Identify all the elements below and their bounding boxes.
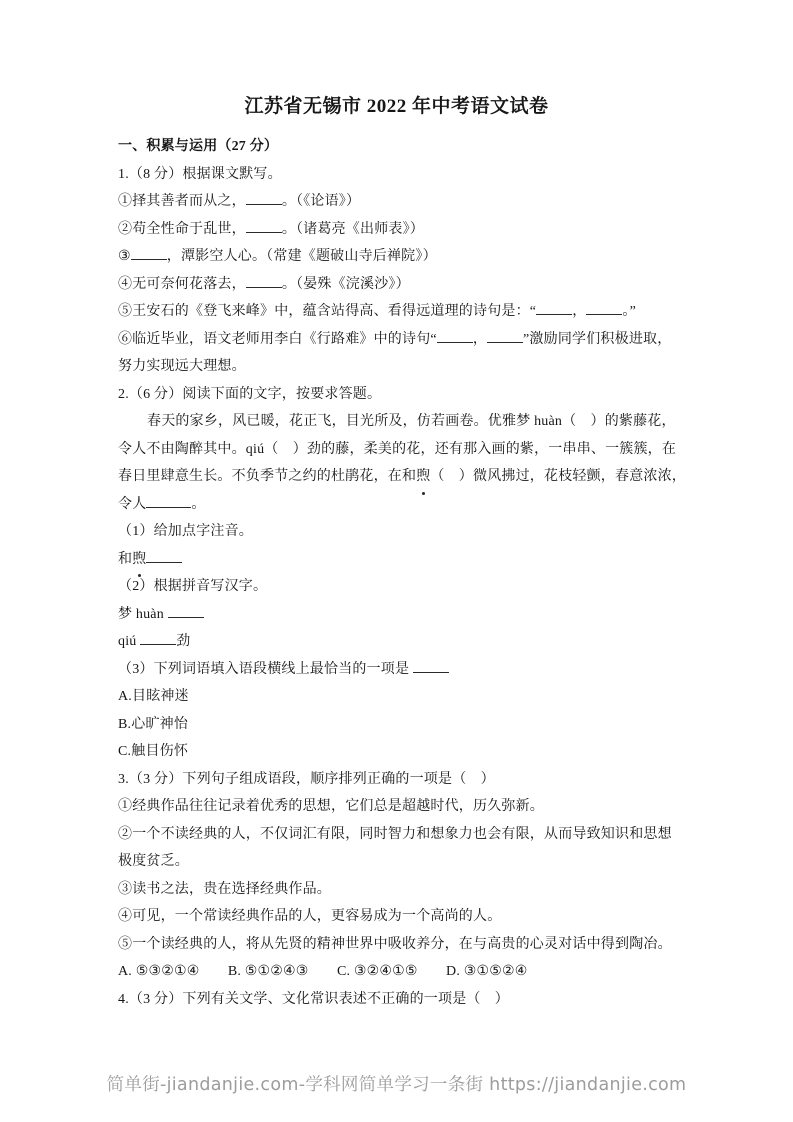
q2-sub-3-option-b: B.心旷神怡 [118,711,684,739]
q3-sentence-2: ②一个不读经典的人，不仅词汇有限，同时智力和想象力也会有限，从而导致知识和思想 [118,821,684,849]
exam-paper-page: 江苏省无锡市 2022 年中考语文试卷 一、积累与运用（27 分）1.（8 分）… [0,0,793,1122]
q2-passage-line-1: 春天的家乡，风已暖，花正飞，目光所及，仿若画卷。优雅梦 huàn（ ）的紫藤花， [118,408,684,436]
q1-item-5: ⑤王安石的《登飞来峰》中，蕴含站得高、看得远道理的诗句是：“，。” [118,298,684,326]
footer-watermark: 简单街-jiandanjie.com-学科网简单学习一条街 https://ji… [0,1071,793,1096]
q1-stem: 1.（8 分）根据课文默写。 [118,161,684,189]
section-1-heading: 一、积累与运用（27 分） [118,133,684,161]
answer-blank [168,604,204,618]
q2-sub-2: （2）根据拼音写汉字。 [118,573,684,601]
q3-sentence-3: ③读书之法，贵在选择经典作品。 [118,876,684,904]
q2-sub-3: （3）下列词语填入语段横线上最恰当的一项是 [118,656,684,684]
answer-blank [246,219,282,233]
q1-item-2: ②苟全性命于乱世，。（诸葛亮《出师表》） [118,216,684,244]
answer-blank [536,301,572,315]
q3-sentence-2-cont: 极度贫乏。 [118,848,684,876]
answer-blank [146,494,191,508]
q3-stem: 3.（3 分）下列句子组成语段，顺序排列正确的一项是（ ） [118,766,684,794]
q2-sub-3-option-c: C.触目伤怀 [118,738,684,766]
q1-item-6-cont: 努力实现远大理想。 [118,353,684,381]
q3-sentence-5: ⑤一个读经典的人，将从先贤的精神世界中吸收养分，在与高贵的心灵对话中得到陶冶。 [118,931,684,959]
answer-blank [131,246,167,260]
page-title: 江苏省无锡市 2022 年中考语文试卷 [0,91,793,118]
q2-stem: 2.（6 分）阅读下面的文字，按要求答题。 [118,381,684,409]
q2-sub-3-option-a: A.目眩神迷 [118,683,684,711]
q1-item-1: ①择其善者而从之，。（《论语》） [118,188,684,216]
q3-sentence-1: ①经典作品往往记录着优秀的思想，它们总是超越时代，历久弥新。 [118,793,684,821]
answer-blank [413,659,449,673]
answer-blank [140,631,176,645]
q1-item-6: ⑥临近毕业，语文老师用李白《行路难》中的诗句“，”激励同学们积极进取， [118,326,684,354]
document-body: 一、积累与运用（27 分）1.（8 分）根据课文默写。①择其善者而从之，。（《论… [118,133,684,1013]
answer-blank [487,329,523,343]
q4-stem: 4.（3 分）下列有关文学、文化常识表述不正确的一项是（ ） [118,986,684,1014]
answer-blank [246,274,282,288]
answer-blank [437,329,473,343]
dotted-char: 煦 [132,546,146,574]
q3-options: A. ⑤③②①④ B. ⑤①②④③ C. ③②④①⑤ D. ③①⑤②④ [118,958,684,986]
q2-passage-line-2: 令人不由陶醉其中。qiú（ ）劲的藤，柔美的花，还有那入画的紫，一串串、一簇簇，… [118,436,684,464]
q2-passage-line-4: 令人。 [118,491,684,519]
answer-blank [586,301,622,315]
answer-blank [246,191,282,205]
q2-sub-2-item-2: qiú 劲 [118,628,684,656]
q1-item-3: ③，潭影空人心。（常建《题破山寺后禅院》） [118,243,684,271]
answer-blank [146,549,182,563]
q2-sub-1-item: 和煦 [118,546,684,574]
q2-sub-2-item-1: 梦 huàn [118,601,684,629]
q1-item-4: ④无可奈何花落去，。（晏殊《浣溪沙》） [118,271,684,299]
dotted-char: 煦 [416,463,430,491]
q2-sub-1: （1）给加点字注音。 [118,518,684,546]
q2-passage-line-3: 春日里肆意生长。不负季节之约的杜鹃花，在和煦（ ）微风拂过，花枝轻颤，春意浓浓， [118,463,684,491]
q3-sentence-4: ④可见，一个常读经典作品的人，更容易成为一个高尚的人。 [118,903,684,931]
